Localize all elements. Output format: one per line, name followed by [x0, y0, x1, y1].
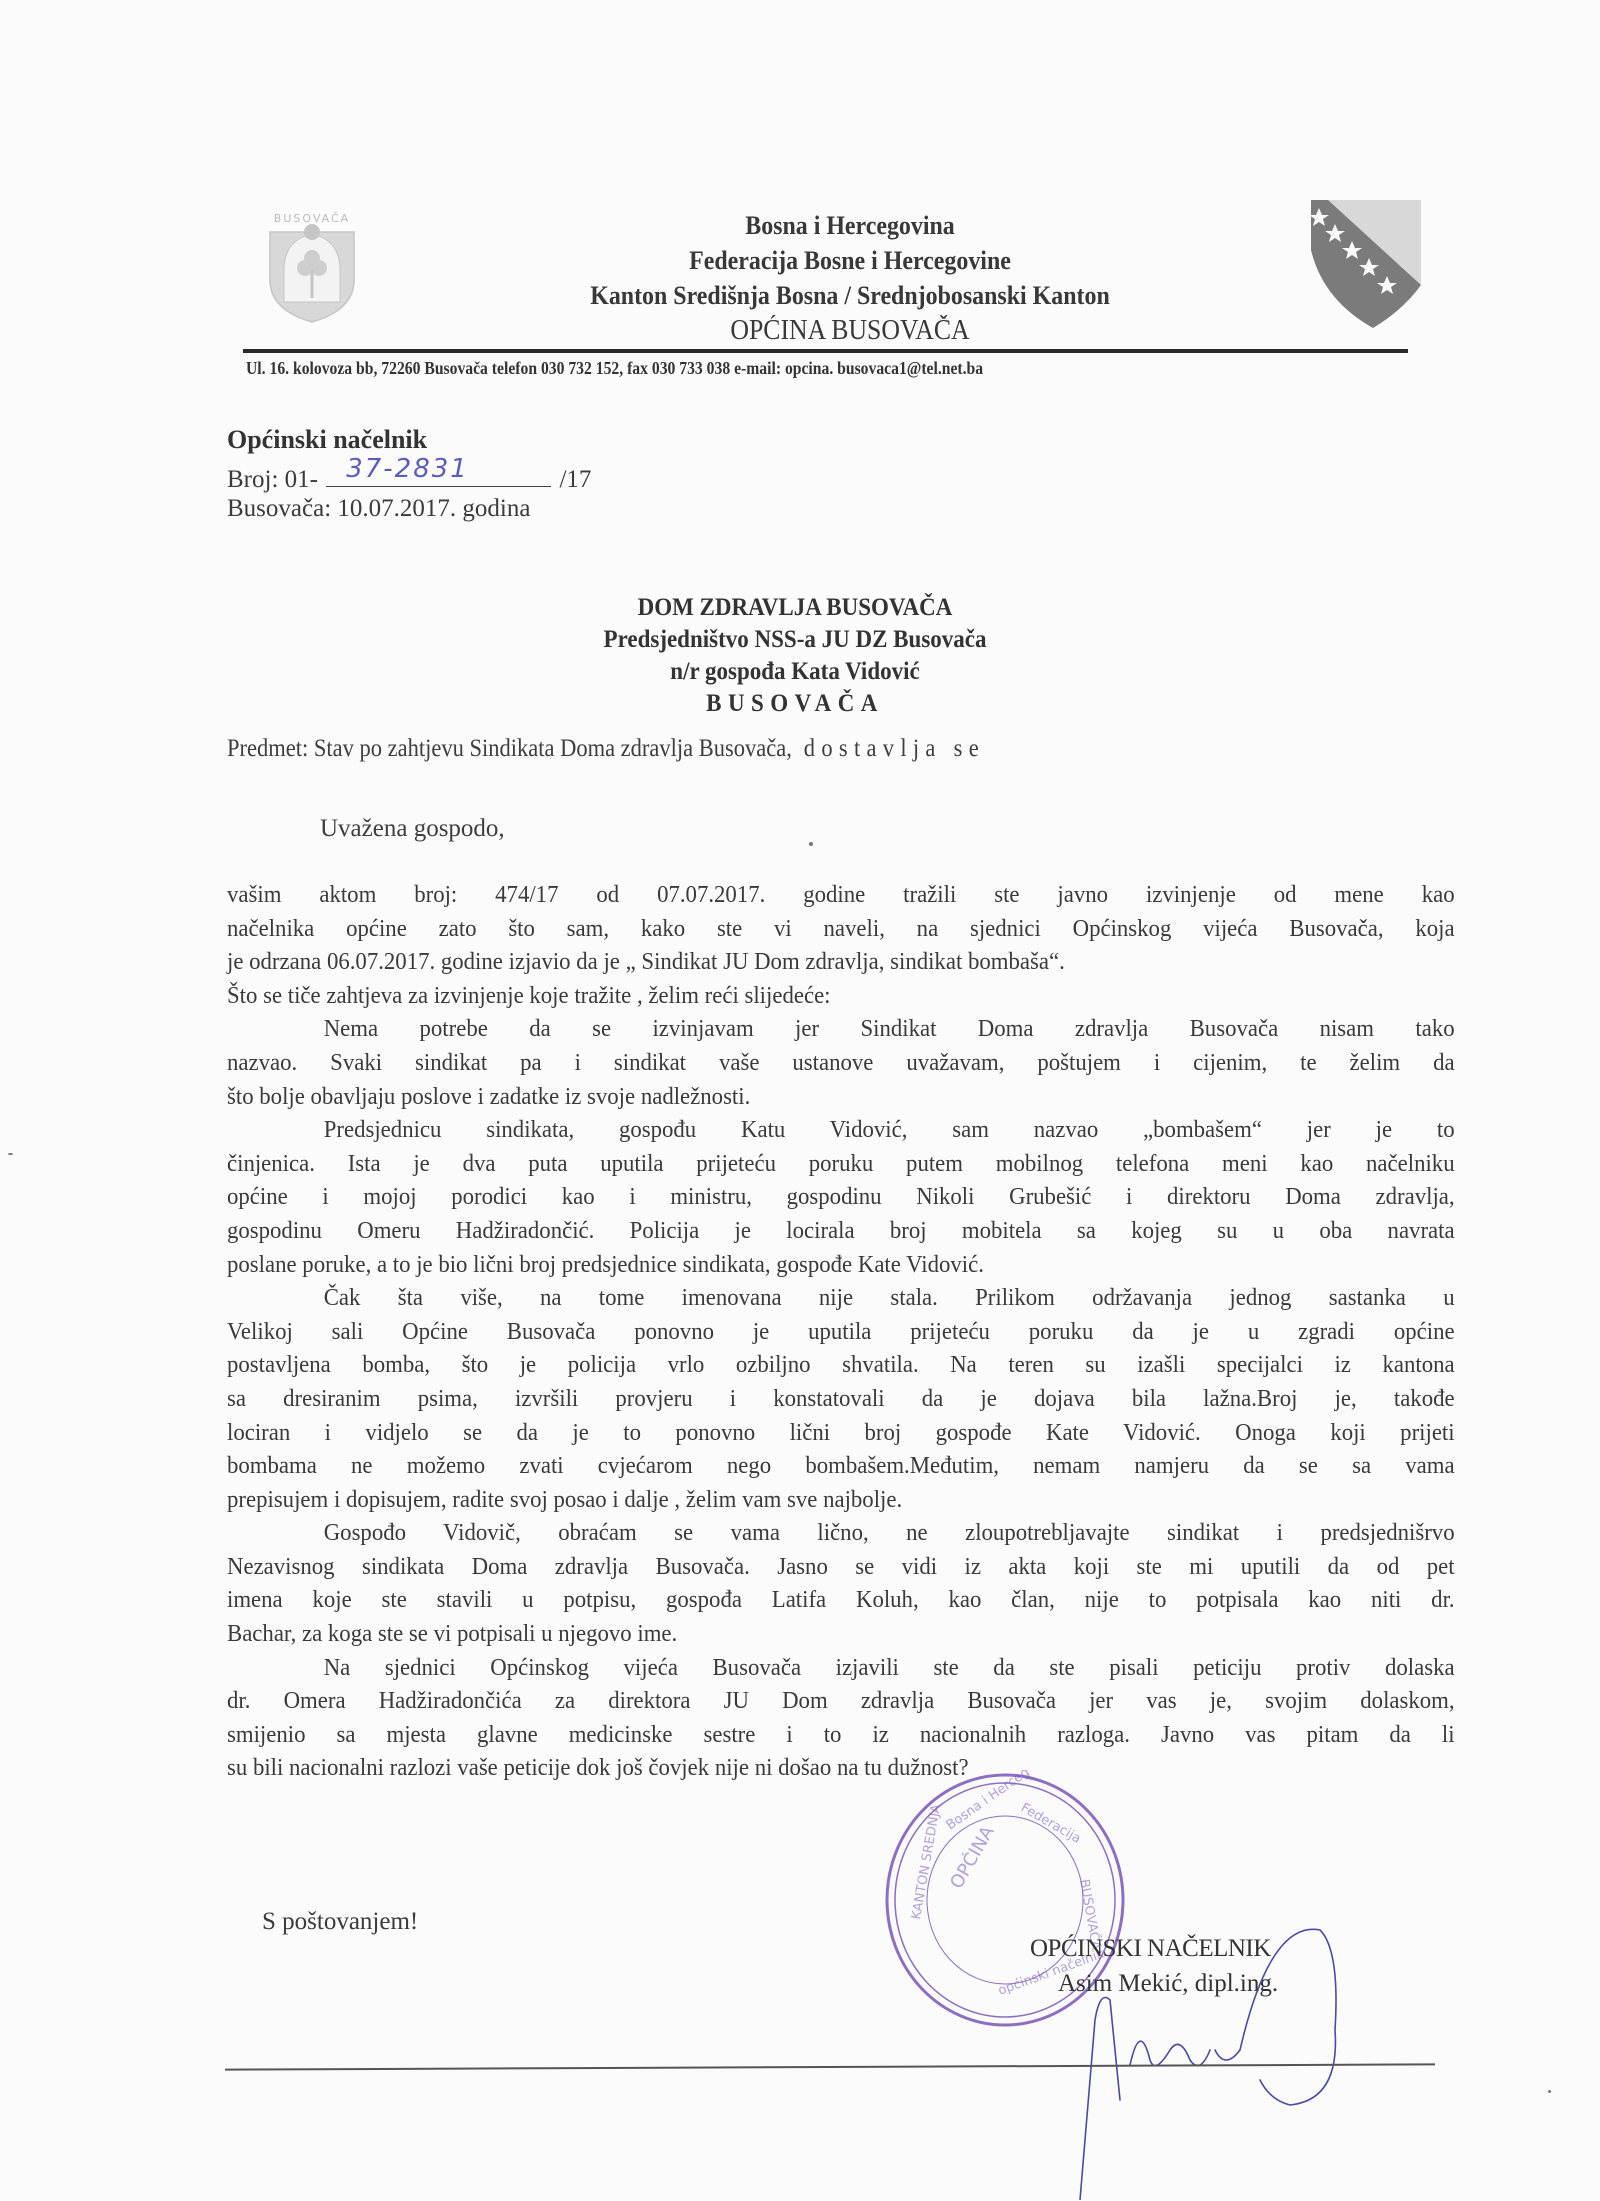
body-line: općine i mojoj porodici kao i ministru, … [227, 1180, 1455, 1214]
body-line: vašim aktom broj: 474/17 od 07.07.2017. … [227, 878, 1455, 912]
body-paragraph: Predsjednicu sindikata, gospođu Katu Vid… [227, 1113, 1455, 1281]
handwritten-reference: 37-2831 [346, 454, 469, 484]
body-line: Nezavisnog sindikata Doma zdravlja Busov… [227, 1550, 1455, 1584]
body-line: činjenica. Ista je dva puta uputila prij… [227, 1147, 1455, 1181]
body-line: prepisujem i dopisujem, radite svoj posa… [227, 1483, 1455, 1517]
body-line: Čak šta više, na tome imenovana nije sta… [227, 1281, 1455, 1315]
body-line: Nema potrebe da se izvinjavam jer Sindik… [227, 1012, 1455, 1046]
body-paragraph: Nema potrebe da se izvinjavam jer Sindik… [227, 1012, 1455, 1113]
body-line: sa dresiranim psima, izvršili provjeru i… [227, 1382, 1455, 1416]
body-line: smijenio sa mjesta glavne medicinske ses… [227, 1718, 1455, 1752]
recipient-city: BUSOVAČA [450, 688, 1140, 720]
subject-action: dostavlja se [792, 735, 985, 762]
letterhead-canton: Kanton Središnja Bosna / Srednjobosanski… [344, 278, 1356, 313]
recipient-department: Predsjedništvo NSS-a JU DZ Busovača [450, 624, 1140, 656]
letterhead-federation: Federacija Bosne i Hercegovine [344, 243, 1356, 278]
body-line: Predsjednicu sindikata, gospođu Katu Vid… [227, 1113, 1455, 1147]
recipient-institution: DOM ZDRAVLJA BUSOVAČA [450, 592, 1140, 624]
body-line: načelnika općine zato što sam, kako ste … [227, 912, 1455, 946]
body-line: nazvao. Svaki sindikat pa i sindikat vaš… [227, 1046, 1455, 1080]
scan-speck [1548, 2090, 1551, 2093]
closing-phrase: S poštovanjem! [262, 1908, 418, 1936]
body-paragraph: Na sjednici Općinskog vijeća Busovača iz… [227, 1651, 1455, 1785]
handwritten-signature-icon [1000, 1900, 1400, 2200]
body-paragraph: Što se tiče zahtjeva za izvinjenje koje … [227, 979, 1455, 1013]
body-line: imena koje ste stavili u potpisu, gospođ… [227, 1583, 1455, 1617]
salutation: Uvažena gospodo, [320, 815, 505, 843]
letterhead-country: Bosna i Hercegovina [344, 208, 1356, 243]
subject-line: Predmet: Stav po zahtjevu Sindikata Doma… [227, 735, 985, 763]
reference-prefix: Broj: 01- [227, 466, 318, 493]
body-line: lociran i vidjelo se da je to ponovno li… [227, 1416, 1455, 1450]
body-line: bombama ne možemo zvati cvjećarom nego b… [227, 1449, 1455, 1483]
body-paragraph: Čak šta više, na tome imenovana nije sta… [227, 1281, 1455, 1516]
letterhead-divider [243, 349, 1408, 353]
body-line: Što se tiče zahtjeva za izvinjenje koje … [227, 979, 1455, 1013]
body-line: gospodinu Omeru Hadžiradončić. Policija … [227, 1214, 1455, 1248]
letter-date: Busovača: 10.07.2017. godina [227, 495, 530, 523]
reference-number: Broj: 01- 37-2831 /17 [227, 460, 591, 494]
body-line: Bachar, za koga ste se vi potpisali u nj… [227, 1617, 1455, 1651]
body-line: Gospođo Vidovič, obraćam se vama lično, … [227, 1516, 1455, 1550]
scan-speck [8, 1153, 13, 1155]
body-paragraph: vašim aktom broj: 474/17 od 07.07.2017. … [227, 878, 1455, 979]
body-line: što bolje obavljaju poslove i zadatke iz… [227, 1080, 1455, 1114]
recipient-block: DOM ZDRAVLJA BUSOVAČA Predsjedništvo NSS… [420, 592, 1170, 720]
office-title: Općinski načelnik [227, 425, 427, 455]
body-paragraph: Gospođo Vidovič, obraćam se vama lično, … [227, 1516, 1455, 1650]
body-line: dr. Omera Hadžiradončića za direktora JU… [227, 1684, 1455, 1718]
reference-blank: 37-2831 [326, 460, 551, 487]
subject-text: Stav po zahtjevu Sindikata Doma zdravlja… [308, 735, 792, 762]
recipient-attention: n/r gospođa Kata Vidović [450, 656, 1140, 688]
body-line: Velikoj sali Općine Busovača ponovno je … [227, 1315, 1455, 1349]
letterhead-text: Bosna i Hercegovina Federacija Bosne i H… [300, 208, 1400, 348]
subject-label: Predmet: [227, 735, 308, 762]
scan-speck [809, 842, 813, 846]
letter-body: vašim aktom broj: 474/17 od 07.07.2017. … [227, 878, 1455, 1785]
letterhead-address: Ul. 16. kolovoza bb, 72260 Busovača tele… [246, 358, 983, 379]
body-line: je odrzana 06.07.2017. godine izjavio da… [227, 945, 1455, 979]
letterhead-municipality: OPĆINA BUSOVAČA [344, 313, 1356, 348]
svg-text:Bosna i Herceg: Bosna i Herceg [944, 1770, 1033, 1833]
body-line: postavljena bomba, što je policija vrlo … [227, 1348, 1455, 1382]
body-line: Na sjednici Općinskog vijeća Busovača iz… [227, 1651, 1455, 1685]
reference-suffix: /17 [559, 466, 591, 493]
letter-page: BUSOVAČA Bosna i Hercegovina Federacija … [0, 0, 1600, 2201]
body-line: su bili nacionalni razlozi vaše peticije… [227, 1751, 1455, 1785]
body-line: poslane poruke, a to je bio lični broj p… [227, 1248, 1455, 1282]
